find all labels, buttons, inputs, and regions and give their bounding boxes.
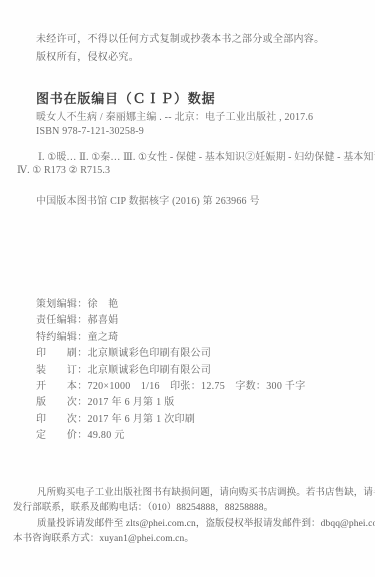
colophon-row-print-run: 印 次：2017 年 6 月第 1 次印刷 — [36, 412, 306, 428]
book-title-line: 暖女人不生病 / 秦丽娜主编 . -- 北京：电子工业出版社 , 2017.6 — [36, 111, 313, 125]
colophon-value: 北京顺诚彩色印刷有限公司 — [88, 365, 212, 376]
colophon-value: 北京顺诚彩色印刷有限公司 — [88, 348, 212, 359]
colophon-label: 定 价 — [36, 430, 77, 441]
colophon-value: 童之琦 — [88, 332, 119, 343]
service-line-phone: 发行部联系，联系及邮购电话：（010）88254888，88258888。 — [13, 501, 369, 516]
colophon-colon: ： — [77, 414, 87, 425]
colophon-row-planning-editor: 策划编辑：徐 艳 — [36, 297, 306, 313]
colophon-colon: ： — [77, 430, 87, 441]
colophon-row-edition: 版 次：2017 年 6 月第 1 版 — [36, 395, 306, 411]
service-line-inquiry-email: 本书咨询联系方式：xuyan1@phei.com.cn。 — [13, 532, 369, 547]
colophon-label: 开 本 — [36, 381, 77, 392]
colophon-colon: ： — [77, 332, 87, 343]
colophon-label: 策划编辑 — [36, 299, 77, 310]
service-line-emails: 质量投诉请发邮件至 zlts@phei.com.cn，盗版侵权举报请发邮件到：d… — [13, 517, 369, 532]
colophon-value: 2017 年 6 月第 1 版 — [88, 397, 175, 408]
colophon-list: 策划编辑：徐 艳 责任编辑：郝喜娟 特约编辑：童之琦 印 刷：北京顺诚彩色印刷有… — [36, 297, 306, 445]
colophon-value: 徐 艳 — [88, 299, 119, 310]
cip-heading: 图书在版编目（ＣＩＰ）数据 — [36, 88, 215, 107]
service-line-exchange: 凡所购买电子工业出版社图书有缺损问题，请向购买书店调换。若书店售缺，请与本社 — [13, 486, 369, 501]
classification-line-1: Ⅰ. ①暖… Ⅱ. ①秦… Ⅲ. ①女性 - 保健 - 基本知识②妊娠期 - 妇… — [38, 151, 375, 164]
classification-line-2: Ⅳ. ① R173 ② R715.3 — [17, 164, 375, 177]
colophon-value: 49.80 元 — [88, 430, 125, 441]
colophon-label: 特约编辑 — [36, 332, 77, 343]
isbn-line: ISBN 978-7-121-30258-9 — [36, 125, 313, 139]
colophon-colon: ： — [77, 315, 87, 326]
colophon-label: 版 次 — [36, 397, 77, 408]
notice-line-2: 版权所有，侵权必究。 — [36, 49, 324, 67]
cip-classification-block: Ⅰ. ①暖… Ⅱ. ①秦… Ⅲ. ①女性 - 保健 - 基本知识②妊娠期 - 妇… — [17, 151, 375, 177]
service-contact-block: 凡所购买电子工业出版社图书有缺损问题，请向购买书店调换。若书店售缺，请与本社 发… — [13, 486, 369, 548]
colophon-row-special-editor: 特约编辑：童之琦 — [36, 330, 306, 346]
colophon-row-format: 开 本：720×1000 1/16 印张：12.75 字数：300 千字 — [36, 379, 306, 395]
colophon-label: 印 刷 — [36, 348, 77, 359]
colophon-label: 装 订 — [36, 365, 77, 376]
colophon-colon: ： — [77, 365, 87, 376]
cip-record-number: 中国版本图书馆 CIP 数据核字 (2016) 第 263966 号 — [36, 192, 260, 207]
colophon-colon: ： — [77, 348, 87, 359]
colophon-row-price: 定 价：49.80 元 — [36, 428, 306, 444]
colophon-label: 责任编辑 — [36, 315, 77, 326]
copyright-notice: 未经许可，不得以任何方式复制或抄袭本书之部分或全部内容。 版权所有，侵权必究。 — [36, 31, 324, 67]
colophon-value: 郝喜娟 — [88, 315, 119, 326]
notice-line-1: 未经许可，不得以任何方式复制或抄袭本书之部分或全部内容。 — [36, 31, 324, 49]
copyright-page: 未经许可，不得以任何方式复制或抄袭本书之部分或全部内容。 版权所有，侵权必究。 … — [0, 0, 375, 577]
colophon-row-responsible-editor: 责任编辑：郝喜娟 — [36, 313, 306, 329]
colophon-value: 720×1000 1/16 印张：12.75 字数：300 千字 — [88, 381, 306, 392]
colophon-colon: ： — [77, 299, 87, 310]
colophon-value: 2017 年 6 月第 1 次印刷 — [88, 414, 196, 425]
colophon-row-printer: 印 刷：北京顺诚彩色印刷有限公司 — [36, 346, 306, 362]
cip-title-block: 暖女人不生病 / 秦丽娜主编 . -- 北京：电子工业出版社 , 2017.6 … — [36, 111, 313, 139]
colophon-row-binder: 装 订：北京顺诚彩色印刷有限公司 — [36, 363, 306, 379]
colophon-colon: ： — [77, 381, 87, 392]
colophon-colon: ： — [77, 397, 87, 408]
colophon-label: 印 次 — [36, 414, 77, 425]
